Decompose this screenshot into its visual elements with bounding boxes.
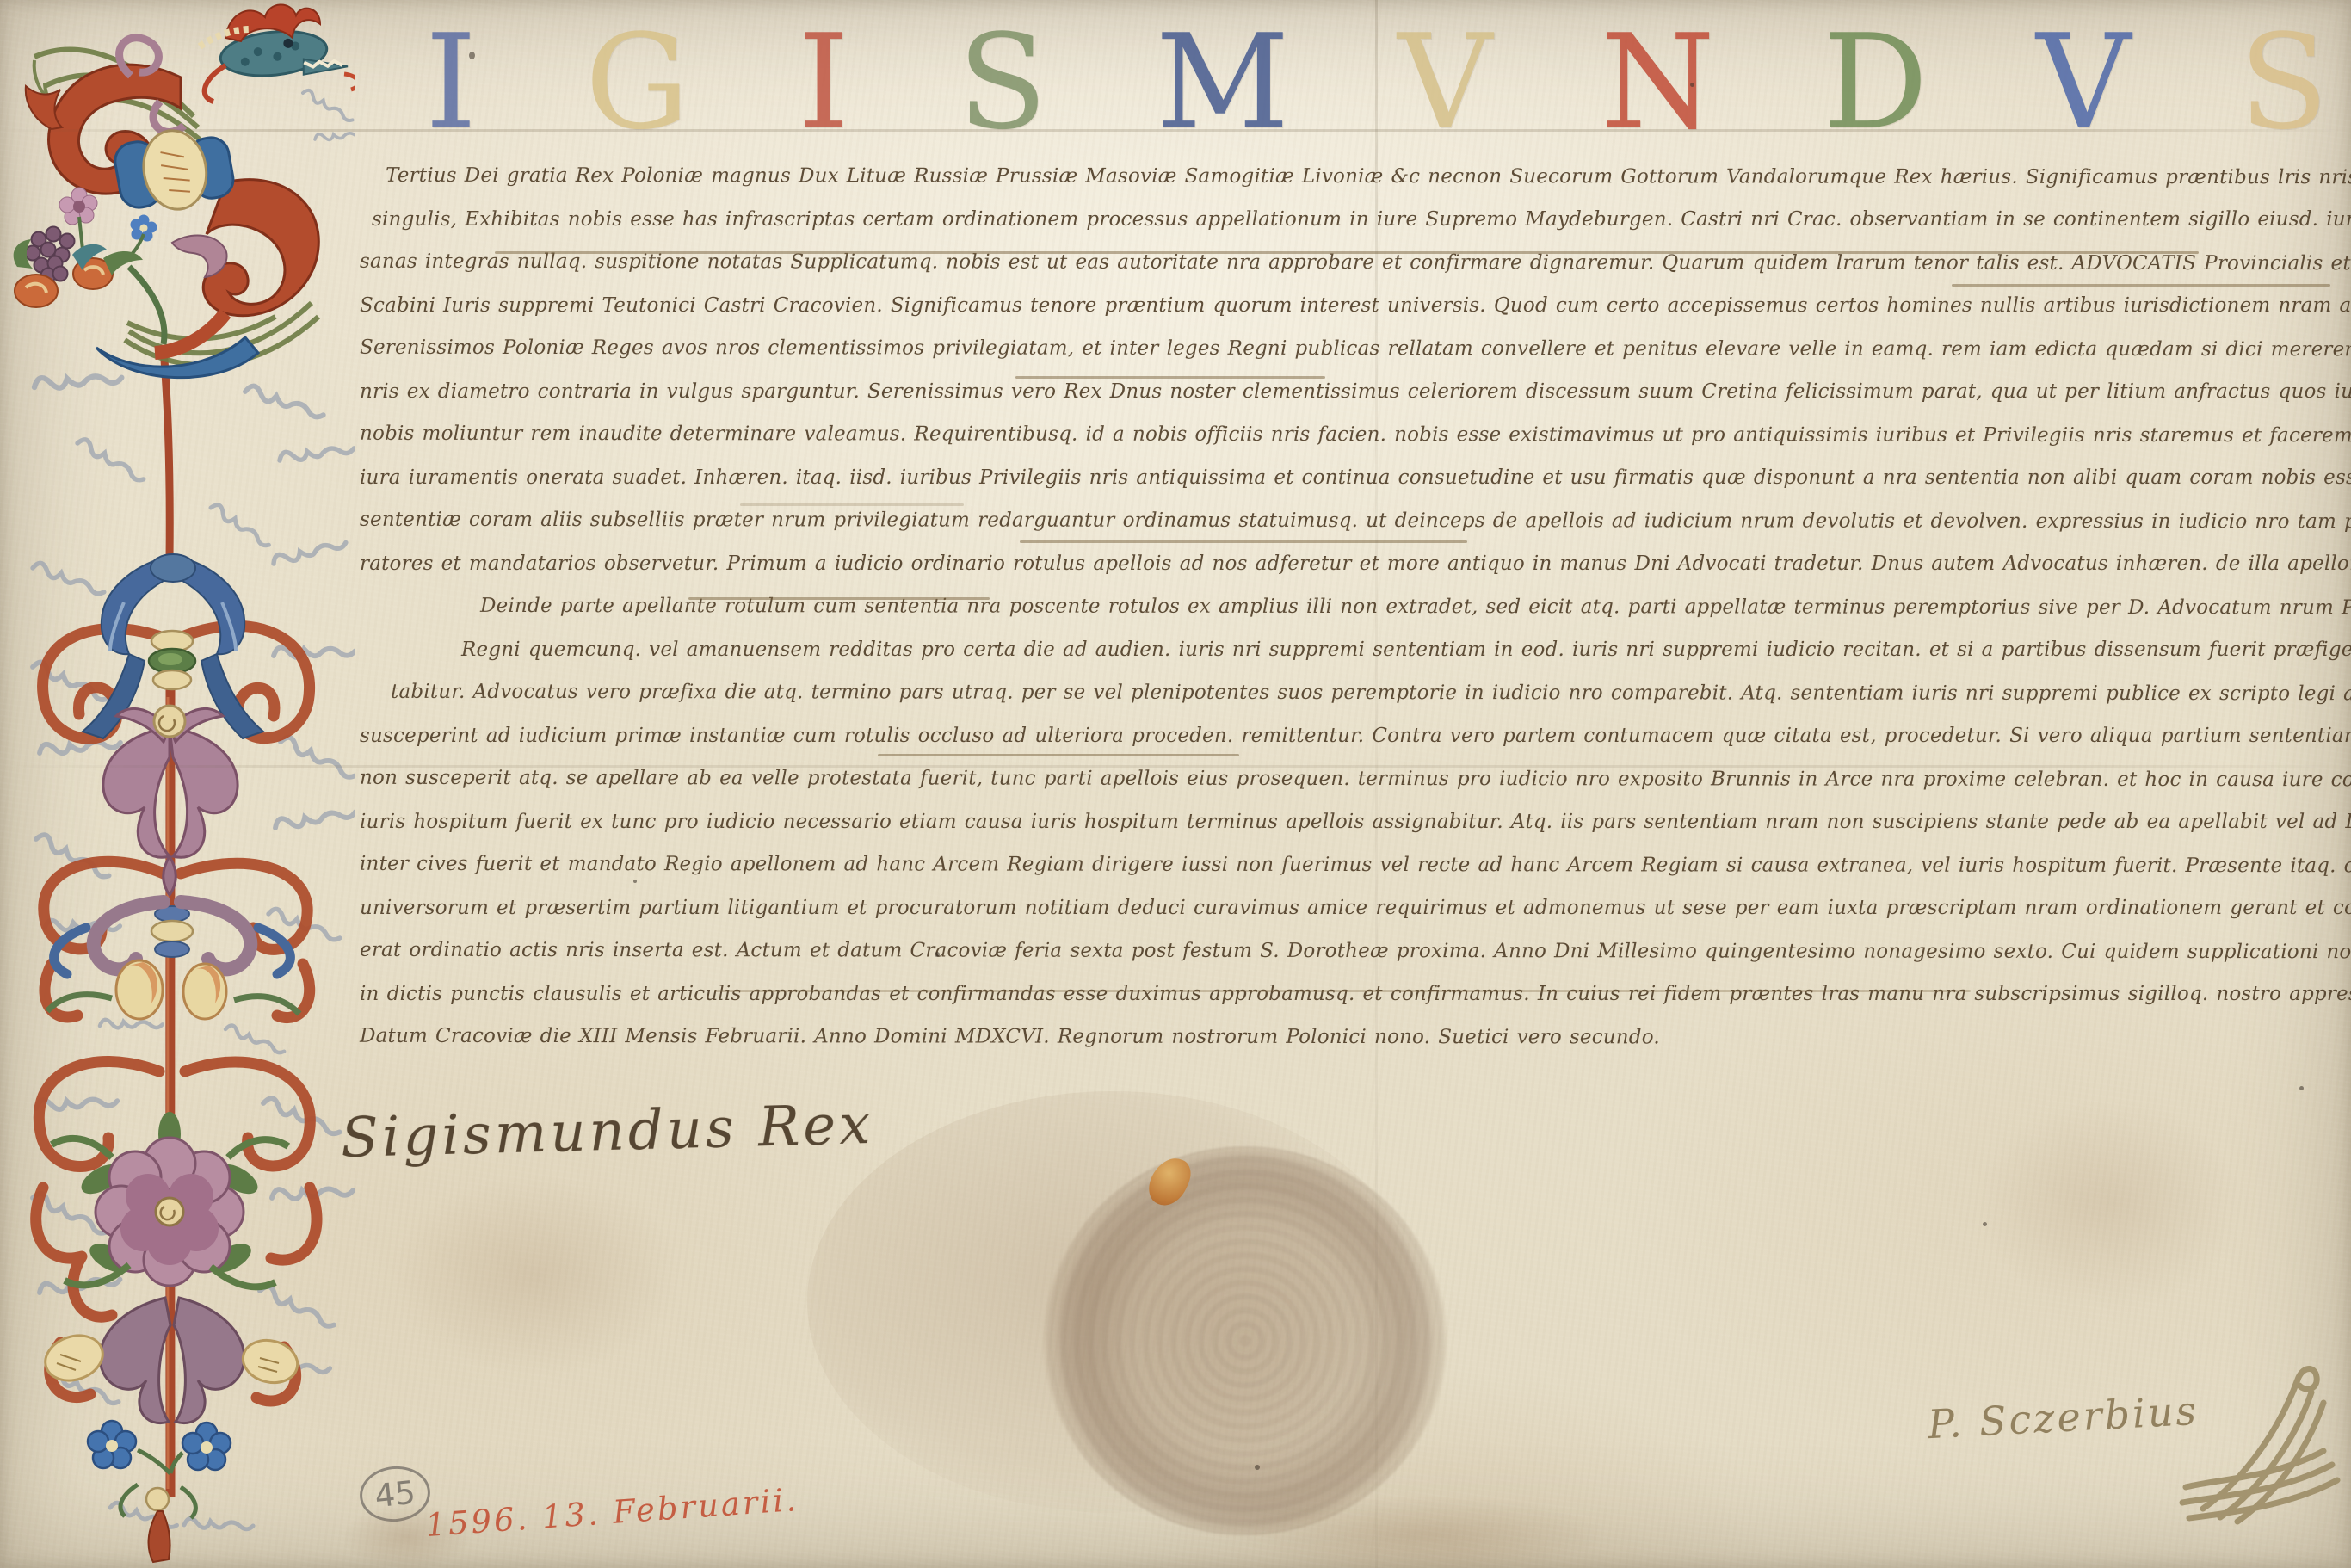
stain bbox=[1236, 1496, 1606, 1568]
bead-cluster-lower bbox=[151, 906, 193, 957]
title-letter: D bbox=[1823, 17, 1928, 148]
title-letter: I bbox=[425, 17, 477, 148]
document-title: IGISMVNDVS bbox=[425, 12, 2329, 148]
body-text: Tertius Dei gratia Rex Poloniæ magnus Du… bbox=[360, 165, 2348, 1069]
text-line: ratores et mandatarios observetur. Primu… bbox=[360, 553, 2348, 596]
title-letter: G bbox=[585, 17, 689, 148]
text-line: sententiæ coram aliis subselliis præter … bbox=[360, 509, 2348, 553]
title-letter: S bbox=[958, 17, 1047, 148]
text-line: in dictis punctis clausulis et articulis… bbox=[360, 983, 2348, 1026]
title-letter: V bbox=[2036, 17, 2131, 148]
rose-flower bbox=[52, 1112, 288, 1287]
text-line: Tertius Dei gratia Rex Poloniæ magnus Du… bbox=[360, 164, 2348, 209]
text-line: singulis, Exhibitas nobis esse has infra… bbox=[360, 208, 2348, 251]
blue-flowers bbox=[88, 1421, 231, 1473]
text-line: inter cives fuerit et mandato Regio apel… bbox=[360, 853, 2348, 898]
text-line: iura iuramentis onerata suadet. Inhæren.… bbox=[360, 466, 2348, 509]
text-line: erat ordinatio actis nris inserta est. A… bbox=[360, 939, 2348, 984]
date-annotation: 1596. 13. Februarii. bbox=[424, 1481, 799, 1544]
dragon-initial-s bbox=[14, 4, 355, 377]
illuminated-border bbox=[0, 0, 355, 1568]
archival-number: 45 bbox=[357, 1463, 433, 1525]
text-line: sanas integras nullaq. suspitione notata… bbox=[360, 250, 2348, 295]
dragon-whisker bbox=[205, 65, 225, 102]
text-line: Deinde parte apellante rotulum cum sente… bbox=[360, 595, 2348, 639]
text-line: susceperint ad iudicium primæ instantiæ … bbox=[360, 725, 2348, 768]
text-line: universorum et præsertim partium litigan… bbox=[360, 897, 2348, 940]
wax-fleck bbox=[1143, 1151, 1196, 1212]
ink-speck bbox=[1983, 1222, 1987, 1226]
ink-speck bbox=[2299, 1086, 2304, 1090]
ink-speck bbox=[1255, 1465, 1260, 1470]
title-letter: V bbox=[1398, 17, 1492, 148]
title-letter: M bbox=[1156, 17, 1290, 148]
text-line: non susceperit atq. se apellare ab ea ve… bbox=[360, 767, 2348, 812]
title-letter: N bbox=[1601, 17, 1715, 148]
bead-cluster-upper bbox=[149, 631, 195, 689]
text-line: Scabini Iuris suppremi Teutonici Castri … bbox=[360, 294, 2348, 337]
seal-stain bbox=[1043, 1146, 1447, 1535]
text-line: iuris hospitum fuerit ex tunc pro iudici… bbox=[360, 811, 2348, 854]
text-line: nris ex diametro contraria in vulgus spa… bbox=[360, 380, 2348, 423]
secretary-signature: P. Sczerbius bbox=[1927, 1387, 2200, 1448]
text-line: Regni quemcunq. vel amanuensem redditas … bbox=[360, 639, 2348, 682]
text-line: nobis moliuntur rem inaudite determinare… bbox=[360, 423, 2348, 467]
seal-stain-halo bbox=[807, 1091, 1418, 1513]
dragon-tongue bbox=[344, 74, 355, 90]
text-line: Serenissimos Poloniæ Reges avos nros cle… bbox=[360, 336, 2348, 381]
notary-flourish-icon bbox=[2169, 1349, 2349, 1530]
text-line: Datum Cracoviæ die XIII Mensis Februarii… bbox=[360, 1025, 2348, 1070]
title-letter: I bbox=[798, 17, 849, 148]
manuscript-page: IGISMVNDVS Tertius Dei gratia Rex Poloni… bbox=[0, 0, 2351, 1568]
stain bbox=[389, 1174, 682, 1377]
stain bbox=[1976, 1098, 2243, 1310]
royal-signature: Sigismundus Rex bbox=[340, 1093, 874, 1170]
text-line: tabitur. Advocatus vero præfixa die atq.… bbox=[360, 681, 2348, 725]
title-letter: S bbox=[2239, 17, 2329, 148]
